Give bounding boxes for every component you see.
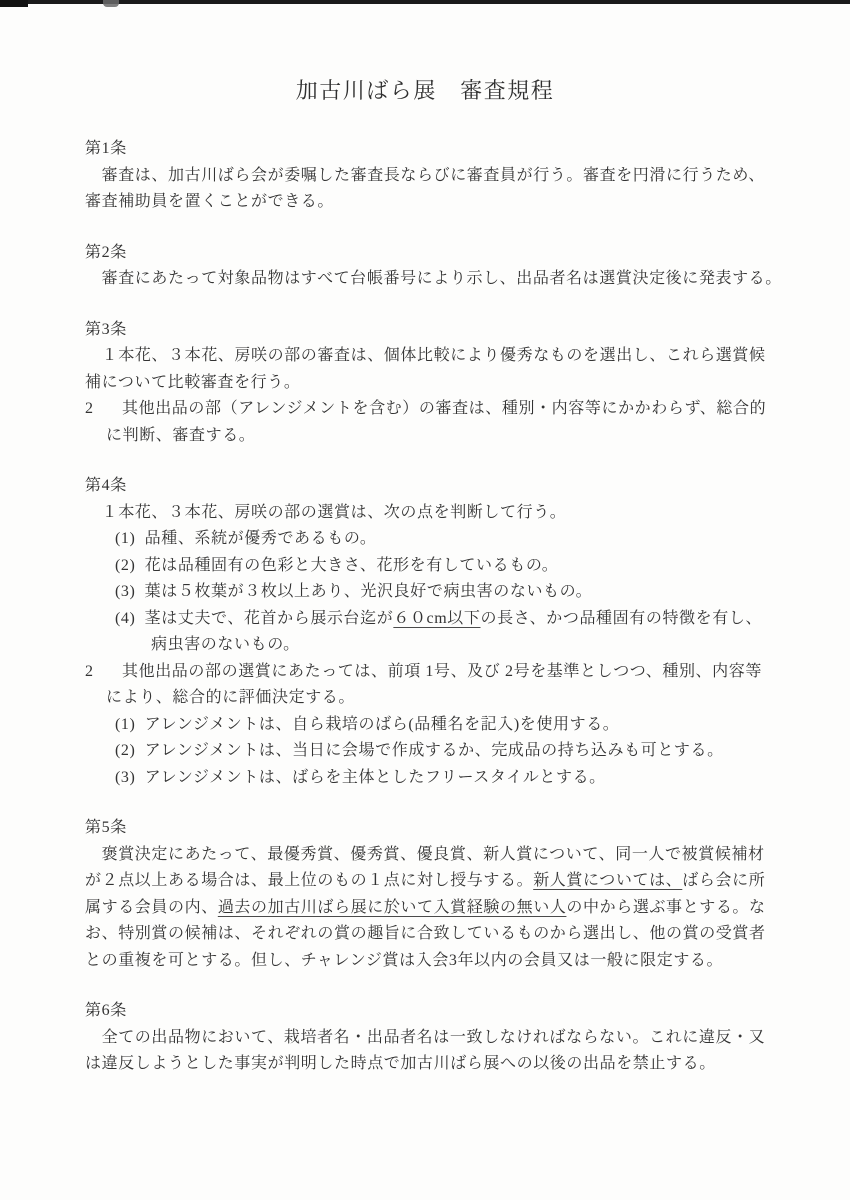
scanned-document-page: 加古川ばら展 審査規程 第1条 審査は、加古川ばら会が委嘱した審査長ならびに審査… <box>0 0 850 1200</box>
text-segment: 褒賞決定にあたって、最優秀賞、優秀賞、優良賞、新人賞について、同一人で被賞候補材 <box>85 846 765 863</box>
document-line: (1) 品種、系統が優秀であるもの。 <box>85 526 795 553</box>
text-segment: 病虫害のないもの。 <box>151 636 300 653</box>
article: 第4条 １本花、３本花、房咲の部の選賞は、次の点を判断して行う。(1) 品種、系… <box>85 473 795 791</box>
article: 第2条 審査にあたって対象品物はすべて台帳番号により示し、出品者名は選賞決定後に… <box>85 240 795 293</box>
document-title: 加古川ばら展 審査規程 <box>0 76 850 106</box>
scan-smudge-artifact <box>103 0 119 7</box>
clause-number: 2 <box>85 659 122 686</box>
article: 第3条 １本花、３本花、房咲の部の審査は、個体比較により優秀なものを選出し、これ… <box>85 317 795 450</box>
text-segment: (3) アレンジメントは、ばらを主体としたフリースタイルとする。 <box>115 769 606 786</box>
document-line: 属する会員の内、過去の加古川ばら展に於いて入賞経験の無い人の中から選ぶ事とする。… <box>85 895 795 922</box>
text-segment: 補について比較審査を行う。 <box>85 374 300 391</box>
article-heading: 第3条 <box>85 317 795 344</box>
document-line: お、特別賞の候補は、それぞれの賞の趣旨に合致しているものから選出し、他の賞の受賞… <box>85 921 795 948</box>
text-segment: は違反しようとした事実が判明した時点で加古川ばら展への以後の出品を禁止する。 <box>85 1055 716 1072</box>
document-line: (3) アレンジメントは、ばらを主体としたフリースタイルとする。 <box>85 765 795 792</box>
article-heading: 第1条 <box>85 136 795 163</box>
text-segment: との重複を可とする。但し、チャレンジ賞は入会3年以内の会員又は一般に限定する。 <box>85 952 723 969</box>
document-line: (2) 花は品種固有の色彩と大きさ、花形を有しているもの。 <box>85 553 795 580</box>
text-segment: 全ての出品物において、栽培者名・出品者名は一致しなければならない。これに違反・又 <box>85 1029 765 1046</box>
text-segment: に判断、審査する。 <box>106 427 255 444</box>
document-line: (2) アレンジメントは、当日に会場で作成するか、完成品の持ち込みも可とする。 <box>85 738 795 765</box>
document-line: 褒賞決定にあたって、最優秀賞、優秀賞、優良賞、新人賞について、同一人で被賞候補材 <box>85 842 795 869</box>
document-line: 審査補助員を置くことができる。 <box>85 189 795 216</box>
text-segment: ばら会に所 <box>682 872 765 889</box>
document-line: は違反しようとした事実が判明した時点で加古川ばら展への以後の出品を禁止する。 <box>85 1051 795 1078</box>
document-line: 病虫害のないもの。 <box>85 632 795 659</box>
text-segment: 其他出品の部の選賞にあたっては、前項 1号、及び 2号を基準としつつ、種別、内容… <box>122 663 762 680</box>
text-segment: 其他出品の部（アレンジメントを含む）の審査は、種別・内容等にかかわらず、総合的 <box>122 400 766 417</box>
text-segment: １本花、３本花、房咲の部の選賞は、次の点を判断して行う。 <box>85 504 566 521</box>
article-heading: 第2条 <box>85 240 795 267</box>
text-segment: (2) アレンジメントは、当日に会場で作成するか、完成品の持ち込みも可とする。 <box>115 742 724 759</box>
text-segment: (2) 花は品種固有の色彩と大きさ、花形を有しているもの。 <box>115 557 558 574</box>
document-line: により、総合的に評価決定する。 <box>85 685 795 712</box>
document-line: 審査にあたって対象品物はすべて台帳番号により示し、出品者名は選賞決定後に発表する… <box>85 266 795 293</box>
text-segment: が２点以上ある場合は、最上位のもの１点に対し授与する。 <box>85 872 533 889</box>
article: 第6条 全ての出品物において、栽培者名・出品者名は一致しなければならない。これに… <box>85 998 795 1078</box>
underlined-text: ６０cm以下 <box>393 610 480 627</box>
document-line: １本花、３本花、房咲の部の選賞は、次の点を判断して行う。 <box>85 500 795 527</box>
text-segment: 審査補助員を置くことができる。 <box>85 193 334 210</box>
text-segment: １本花、３本花、房咲の部の審査は、個体比較により優秀なものを選出し、これら選賞候 <box>85 347 766 364</box>
document-line: 審査は、加古川ばら会が委嘱した審査長ならびに審査員が行う。審査を円滑に行うため、 <box>85 163 795 190</box>
document-line: (1) アレンジメントは、自ら栽培のばら(品種名を記入)を使用する。 <box>85 712 795 739</box>
text-segment: の中から選ぶ事とする。な <box>566 899 765 916</box>
scan-corner-artifact <box>0 0 28 7</box>
underlined-text: 過去の加古川ばら展に於いて入賞経験の無い人 <box>218 899 567 916</box>
text-segment: お、特別賞の候補は、それぞれの賞の趣旨に合致しているものから選出し、他の賞の受賞… <box>85 925 766 942</box>
document-line: 2其他出品の部（アレンジメントを含む）の審査は、種別・内容等にかかわらず、総合的 <box>85 396 795 423</box>
text-segment: (1) 品種、系統が優秀であるもの。 <box>115 530 376 547</box>
clause-number: 2 <box>85 396 122 423</box>
text-segment: 属する会員の内、 <box>85 899 218 916</box>
text-segment: により、総合的に評価決定する。 <box>106 689 355 706</box>
article-heading: 第6条 <box>85 998 795 1025</box>
document-line: に判断、審査する。 <box>85 423 795 450</box>
document-line: 全ての出品物において、栽培者名・出品者名は一致しなければならない。これに違反・又 <box>85 1025 795 1052</box>
article: 第1条 審査は、加古川ばら会が委嘱した審査長ならびに審査員が行う。審査を円滑に行… <box>85 136 795 216</box>
scan-edge-artifact <box>0 0 850 4</box>
underlined-text: 新人賞については、 <box>533 872 682 889</box>
text-segment: 審査は、加古川ばら会が委嘱した審査長ならびに審査員が行う。審査を円滑に行うため、 <box>85 167 765 184</box>
article: 第5条 褒賞決定にあたって、最優秀賞、優秀賞、優良賞、新人賞について、同一人で被… <box>85 815 795 974</box>
document-line: との重複を可とする。但し、チャレンジ賞は入会3年以内の会員又は一般に限定する。 <box>85 948 795 975</box>
text-segment: (3) 葉は５枚葉が３枚以上あり、光沢良好で病虫害のないもの。 <box>115 583 592 600</box>
document-line: 2其他出品の部の選賞にあたっては、前項 1号、及び 2号を基準としつつ、種別、内… <box>85 659 795 686</box>
document-line: (3) 葉は５枚葉が３枚以上あり、光沢良好で病虫害のないもの。 <box>85 579 795 606</box>
text-segment: (4) 茎は丈夫で、花首から展示台迄が <box>115 610 393 627</box>
document-line: １本花、３本花、房咲の部の審査は、個体比較により優秀なものを選出し、これら選賞候 <box>85 343 795 370</box>
document-line: (4) 茎は丈夫で、花首から展示台迄が６０cm以下の長さ、かつ品種固有の特徴を有… <box>85 606 795 633</box>
document-line: 補について比較審査を行う。 <box>85 370 795 397</box>
text-segment: (1) アレンジメントは、自ら栽培のばら(品種名を記入)を使用する。 <box>115 716 619 733</box>
document-line: が２点以上ある場合は、最上位のもの１点に対し授与する。新人賞については、ばら会に… <box>85 868 795 895</box>
text-segment: 審査にあたって対象品物はすべて台帳番号により示し、出品者名は選賞決定後に発表する… <box>85 270 782 287</box>
article-heading: 第5条 <box>85 815 795 842</box>
article-heading: 第4条 <box>85 473 795 500</box>
document-body: 第1条 審査は、加古川ばら会が委嘱した審査長ならびに審査員が行う。審査を円滑に行… <box>0 136 850 1078</box>
text-segment: の長さ、かつ品種固有の特徴を有し、 <box>481 610 763 627</box>
